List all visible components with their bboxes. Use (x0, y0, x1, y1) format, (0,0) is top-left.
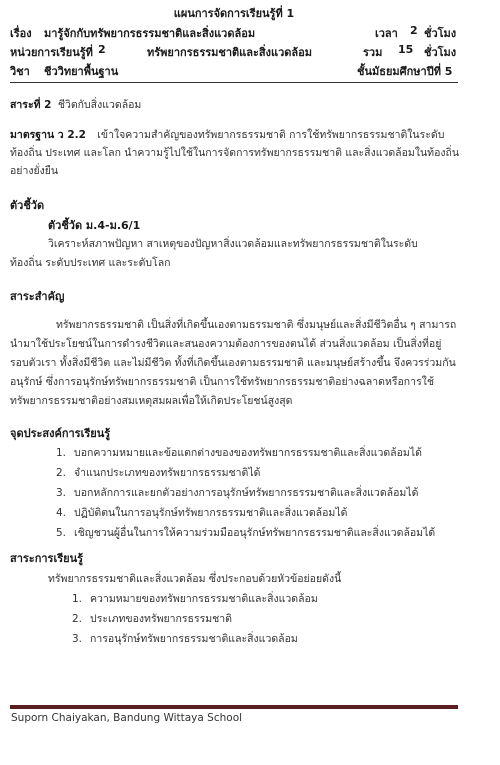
footer-divider (10, 705, 458, 709)
objective-item: 4.ปฏิบัติตนในการอนุรักษ์ทรัพยากรธรรมชาติ… (56, 504, 347, 521)
content-item: 3.การอนุรักษ์ทรัพยากรธรรมชาติและสิ่งแวดล… (72, 630, 298, 647)
unit-name: ทรัพยากรธรรมชาติและสิ่งแวดล้อม (147, 43, 312, 61)
subject-label: วิชา (10, 62, 30, 80)
grade-level: ชั้นมัธยมศึกษาปีที่ 5 (357, 62, 452, 80)
standard-line-2: ท้องถิ่น ประเทศ และโลก นำความรู้ไปใช้ในก… (10, 144, 459, 161)
indicators-subtitle: ตัวชี้วัด ม.4-ม.6/1 (48, 216, 140, 234)
strand: สาระที่ 2 ชีวิตกับสิ่งแวดล้อม (10, 96, 141, 113)
time-value: 2 (410, 24, 418, 37)
topic-label: เรื่อง (10, 24, 32, 42)
key-concept-line-1: ทรัพยากรธรรมชาติ เป็นสิ่งที่เกิดขึ้นเองต… (56, 316, 456, 333)
subject-value: ชีววิทยาพื้นฐาน (44, 62, 118, 80)
unit-label: หน่วยการเรียนรู้ที่ (10, 43, 93, 61)
header-divider (10, 82, 458, 83)
content-title: สาระการเรียนรู้ (10, 549, 83, 567)
total-value: 15 (398, 43, 413, 56)
time-label: เวลา (375, 24, 398, 42)
total-label: รวม (363, 43, 382, 61)
indicator-line-2: ท้องถิ่น ระดับประเทศ และระดับโลก (10, 254, 170, 271)
standard-line-1: มาตรฐาน ว 2.2 เข้าใจความสำคัญของทรัพยากร… (10, 126, 444, 143)
unit-number: 2 (98, 43, 106, 56)
footer-author: Suporn Chaiyakan, Bandung Wittaya School (11, 712, 242, 724)
total-unit: ชั่วโมง (424, 43, 456, 61)
content-item: 1.ความหมายของทรัพยากรธรรมชาติและสิ่งแวดล… (72, 590, 318, 607)
content-item: 2.ประเภทของทรัพยากรธรรมชาติ (72, 610, 232, 627)
indicator-line-1: วิเคราะห์สภาพปัญหา สาเหตุของปัญหาสิ่งแวด… (48, 235, 418, 252)
content-intro: ทรัพยากรธรรมชาติและสิ่งแวดล้อม ซึ่งประกอ… (48, 570, 341, 587)
key-concept-line-4: อนุรักษ์ ซึ่งการอนุรักษ์ทรัพยากรธรรมชาติ… (10, 373, 434, 390)
objective-item: 5.เชิญชวนผู้อื่นในการให้ความร่วมมืออนุรั… (56, 524, 435, 541)
time-unit: ชั่วโมง (424, 24, 456, 42)
objective-item: 3.บอกหลักการและยกตัวอย่างการอนุรักษ์ทรัพ… (56, 484, 418, 501)
indicators-title: ตัวชี้วัด (10, 196, 44, 214)
topic-value: มารู้จักกับทรัพยากรธรรมชาติและสิ่งแวดล้อ… (44, 24, 255, 42)
page-title: แผนการจัดการเรียนรู้ที่ 1 (0, 4, 468, 22)
objective-item: 2.จำแนกประเภทของทรัพยากรธรรมชาติได้ (56, 464, 260, 481)
key-concept-title: สาระสำคัญ (10, 287, 64, 305)
key-concept-line-3: รอบตัวเรา ทั้งสิ่งมีชีวิต และไม่มีชีวิต … (10, 354, 456, 371)
objective-item: 1.บอกความหมายและข้อแตกต่างของของทรัพยากร… (56, 444, 422, 461)
objectives-title: จุดประสงค์การเรียนรู้ (10, 424, 110, 442)
standard-line-3: อย่างยั่งยืน (10, 162, 58, 179)
key-concept-line-2: นำมาใช้ประโยชน์ในการดำรงชีวิตและสนองความ… (10, 335, 441, 352)
strand-label: สาระที่ 2 (10, 99, 51, 111)
key-concept-line-5: ทรัพยากรธรรมชาติอย่างสมเหตุสมผลเพื่อให้เ… (10, 392, 292, 409)
standard-label: มาตรฐาน ว 2.2 (10, 129, 86, 141)
strand-value: ชีวิตกับสิ่งแวดล้อม (58, 99, 142, 111)
